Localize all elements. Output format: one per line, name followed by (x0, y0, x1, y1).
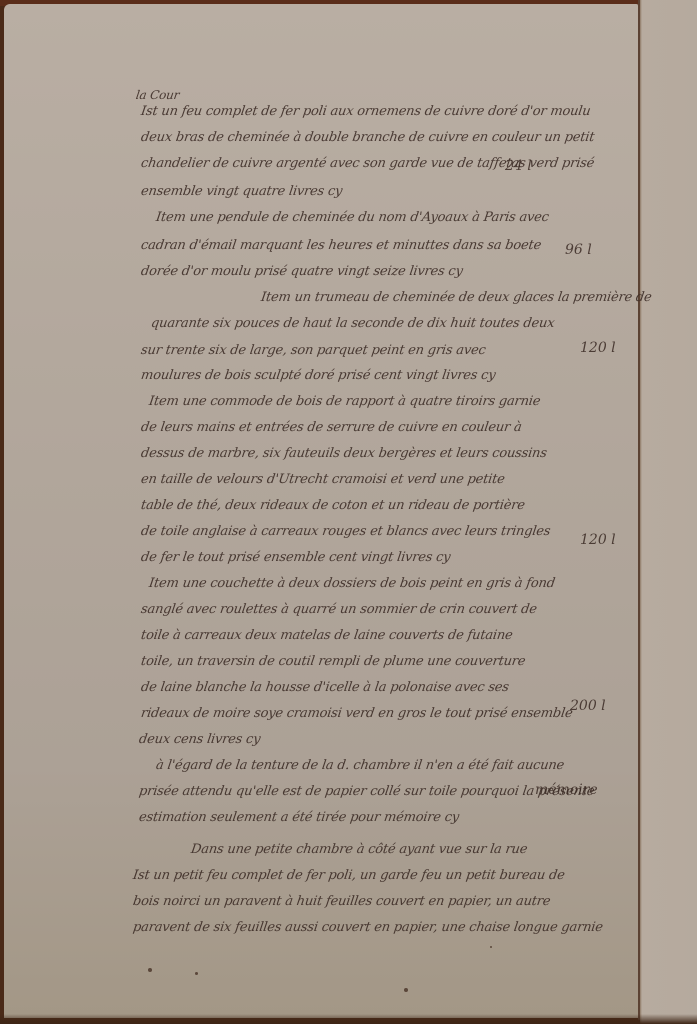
amount-value: 200 l (570, 698, 606, 714)
text-line: Item une pendule de cheminée du nom d'Ay… (155, 210, 550, 225)
text-line: Item un trumeau de cheminée de deux glac… (260, 290, 653, 305)
text-line: deux bras de cheminée à double branche d… (140, 130, 595, 145)
ink-spot (490, 946, 492, 948)
text-line: ensemble vingt quatre livres cy (140, 184, 343, 199)
text-line: estimation seulement a été tirée pour mé… (138, 810, 460, 825)
text-line: de laine blanche la housse d'icelle à la… (140, 680, 510, 695)
ink-spot (148, 968, 152, 972)
margin-heading: la Cour (135, 88, 180, 102)
text-line: table de thé, deux rideaux de coton et u… (140, 498, 526, 513)
section-heading-line: Dans une petite chambre à côté ayant vue… (190, 842, 528, 857)
text-line: toile, un traversin de coutil rempli de … (140, 654, 526, 669)
amount-value: 120 l (580, 532, 616, 548)
scorched-bottom-edge (0, 1014, 697, 1024)
text-line: bois noirci un paravent à huit feuilles … (132, 894, 551, 909)
text-line: en taille de velours d'Utrecht cramoisi … (140, 472, 506, 487)
text-line: toile à carreaux deux matelas de laine c… (140, 628, 514, 643)
text-line: paravent de six feuilles aussi couvert e… (132, 920, 604, 935)
amount-value: 96 l (565, 242, 592, 258)
text-line: Item une commode de bois de rapport à qu… (148, 394, 541, 409)
text-line: moulures de bois sculpté doré prisé cent… (140, 368, 496, 383)
amount-value: 120 l (580, 340, 616, 356)
amount-value: 24 l (505, 158, 532, 174)
text-line: Ist un feu complet de fer poli aux ornem… (140, 104, 591, 119)
text-line: quarante six pouces de haut la seconde d… (150, 316, 555, 331)
text-line: rideaux de moire soye cramoisi verd en g… (140, 706, 574, 721)
text-line: dorée d'or moulu prisé quatre vingt seiz… (140, 264, 464, 279)
text-line: à l'égard de la tenture de la d. chambre… (155, 758, 565, 773)
text-line: de leurs mains et entrées de serrure de … (140, 420, 523, 435)
page-fold-line (638, 0, 640, 1020)
adjacent-page-edge (640, 0, 697, 1024)
text-line: Ist un petit feu complet de fer poli, un… (132, 868, 566, 883)
text-line: deux cens livres cy (138, 732, 261, 747)
text-line: dessus de marbre, six fauteuils deux ber… (140, 446, 548, 461)
text-line: prisée attendu qu'elle est de papier col… (138, 784, 595, 799)
text-line: Item une couchette à deux dossiers de bo… (148, 576, 556, 591)
text-line: cadran d'émail marquant les heures et mi… (140, 238, 542, 253)
amount-value: mémoire (535, 782, 598, 798)
ink-spot (195, 972, 198, 975)
ink-spot (404, 988, 408, 992)
text-line: sur trente six de large, son parquet pei… (140, 343, 487, 358)
text-line: sanglé avec roulettes à quarré un sommie… (140, 602, 538, 617)
text-line: de fer le tout prisé ensemble cent vingt… (140, 550, 451, 565)
text-line: de toile anglaise à carreaux rouges et b… (140, 524, 551, 539)
